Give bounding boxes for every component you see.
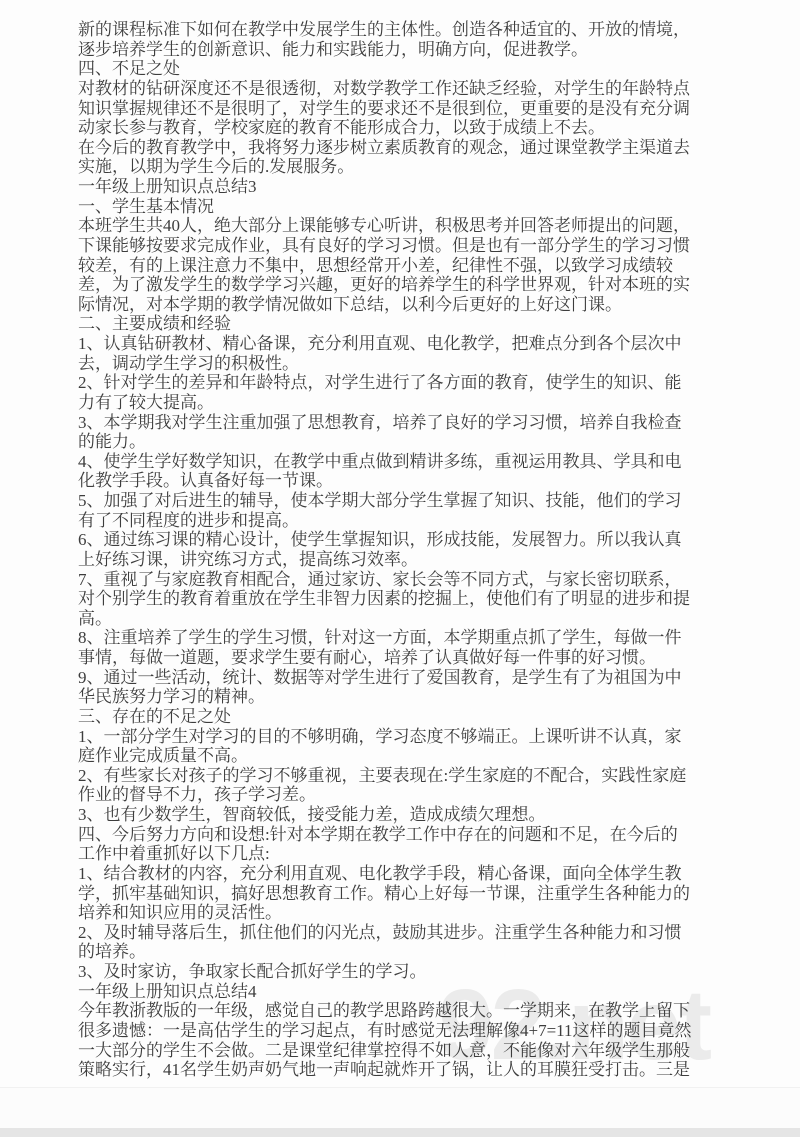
text-line: 动家长参与教育，学校家庭的教育不能形成合力，以致于成绩上不去。 — [78, 118, 738, 138]
text-line: 一、学生基本情况 — [78, 197, 738, 217]
text-line: 四、今后努力方向和设想:针对本学期在教学工作中存在的问题和不足，在今后的 — [78, 825, 738, 845]
text-line: 对教材的钻研深度还不是很透彻，对数学教学工作还缺乏经验，对学生的年龄特点 — [78, 79, 738, 99]
text-line: 培养和知识应用的灵活性。 — [78, 903, 738, 923]
text-line: 的培养。 — [78, 942, 738, 962]
text-line: 上好练习课，讲究练习方式，提高练习效率。 — [78, 550, 738, 570]
text-line: 5、加强了对后进生的辅导，使本学期大部分学生掌握了知识、技能，他们的学习 — [78, 491, 738, 511]
text-line: 在今后的教育教学中，我将努力逐步树立素质教育的观念，通过课堂教学主渠道去 — [78, 138, 738, 158]
text-line: 8、注重培养了学生的学生习惯，针对这一方面，本学期重点抓了学生，每做一件 — [78, 628, 738, 648]
text-line: 1、一部分学生对学习的目的不够明确，学习态度不够端正。上课听讲不认真，家 — [78, 727, 738, 747]
text-line: 今年教浙教版的一年级，感觉自己的教学思路跨越很大。一学期来，在教学上留下 — [78, 1001, 738, 1021]
text-line: 策略实行，41名学生奶声奶气地一声响起就炸开了锅，让人的耳膜狂受打击。三是 — [78, 1060, 738, 1080]
text-line: 高。 — [78, 609, 738, 629]
text-line: 3、也有少数学生，智商较低，接受能力差，造成成绩欠理想。 — [78, 805, 738, 825]
text-line: 一年级上册知识点总结4 — [78, 982, 738, 1002]
text-line: 去，调动学生学习的积极性。 — [78, 354, 738, 374]
document-text-block: 新的课程标准下如何在教学中发展学生的主体性。创造各种适宜的、开放的情境，逐步培养… — [78, 20, 738, 1080]
text-line: 2、针对学生的差异和年龄特点，对学生进行了各方面的教育，使学生的知识、能 — [78, 373, 738, 393]
text-line: 新的课程标准下如何在教学中发展学生的主体性。创造各种适宜的、开放的情境， — [78, 20, 738, 40]
text-line: 知识掌握规律还不是很明了，对学生的要求还不是很到位，更重要的是没有充分调 — [78, 99, 738, 119]
text-line: 2、有些家长对孩子的学习不够重视，主要表现在:学生家庭的不配合，实践性家庭 — [78, 766, 738, 786]
text-line: 9、通过一些活动，统计、数据等对学生进行了爱国教育，是学生有了为祖国为中 — [78, 668, 738, 688]
text-line: 较差，有的上课注意力不集中，思想经常开小差，纪律性不强，以致学习成绩较 — [78, 256, 738, 276]
text-line: 3、本学期我对学生注重加强了思想教育，培养了良好的学习习惯，培养自我检查 — [78, 413, 738, 433]
text-line: 化教学手段。认真备好每一节课。 — [78, 471, 738, 491]
text-line: 6、通过练习课的精心设计，使学生掌握知识，形成技能，发展智力。所以我认真 — [78, 530, 738, 550]
text-line: 一年级上册知识点总结3 — [78, 177, 738, 197]
text-line: 一大部分的学生不会做。二是课堂纪律掌控得不如人意，不能像对六年级学生那般 — [78, 1041, 738, 1061]
text-line: 下课能够按要求完成作业，具有良好的学习习惯。但是也有一部分学生的学习习惯 — [78, 236, 738, 256]
text-line: 二、主要成绩和经验 — [78, 314, 738, 334]
text-line: 7、重视了与家庭教育相配合，通过家访、家长会等不同方式，与家长密切联系， — [78, 570, 738, 590]
text-line: 有了不同程度的进步和提高。 — [78, 511, 738, 531]
text-line: 实施，以期为学生今后的.发展服务。 — [78, 157, 738, 177]
text-line: 际情况，对本学期的教学情况做如下总结，以利今后更好的上好这门课。 — [78, 295, 738, 315]
text-line: 逐步培养学生的创新意识、能力和实践能力，明确方向，促进教学。 — [78, 40, 738, 60]
text-line: 4、使学生学好数学知识，在教学中重点做到精讲多练，重视运用教具、学具和电 — [78, 452, 738, 472]
text-line: 1、结合教材的内容，充分利用直观、电化教学手段，精心备课，面向全体学生教 — [78, 864, 738, 884]
text-line: 四、不足之处 — [78, 59, 738, 79]
text-line: 很多遗憾：一是高估学生的学习起点，有时感觉无法理解像4+7=11这样的题目竟然 — [78, 1021, 738, 1041]
text-line: 2、及时辅导落后生，抓住他们的闪光点，鼓励其进步。注重学生各种能力和习惯 — [78, 923, 738, 943]
text-line: 事情，每做一道题，要求学生要有耐心，培养了认真做好每一件事的好习惯。 — [78, 648, 738, 668]
text-line: 学，抓牢基础知识，搞好思想教育工作。精心上好每一节课，注重学生各种能力的 — [78, 884, 738, 904]
text-line: 对个别学生的教育着重放在学生非智力因素的挖掘上，使他们有了明显的进步和提 — [78, 589, 738, 609]
page-bottom-bar — [0, 1128, 800, 1137]
text-line: 的能力。 — [78, 432, 738, 452]
text-line: 差，为了激发学生的数学学习兴趣，更好的培养学生的科学世界观，针对本班的实 — [78, 275, 738, 295]
text-line: 3、及时家访，争取家长配合抓好学生的学习。 — [78, 962, 738, 982]
text-line: 华民族努力学习的精神。 — [78, 687, 738, 707]
text-line: 作业的督导不力，孩子学习差。 — [78, 785, 738, 805]
text-line: 工作中着重抓好以下几点: — [78, 844, 738, 864]
text-line: 三、存在的不足之处 — [78, 707, 738, 727]
document-page: 92.net 新的课程标准下如何在教学中发展学生的主体性。创造各种适宜的、开放的… — [0, 0, 800, 1137]
text-line: 庭作业完成质量不高。 — [78, 746, 738, 766]
text-line: 1、认真钻研教材、精心备课，充分利用直观、电化教学，把难点分到各个层次中 — [78, 334, 738, 354]
text-line: 力有了较大提高。 — [78, 393, 738, 413]
text-line: 本班学生共40人，绝大部分上课能够专心听讲，积极思考并回答老师提出的问题， — [78, 216, 738, 236]
